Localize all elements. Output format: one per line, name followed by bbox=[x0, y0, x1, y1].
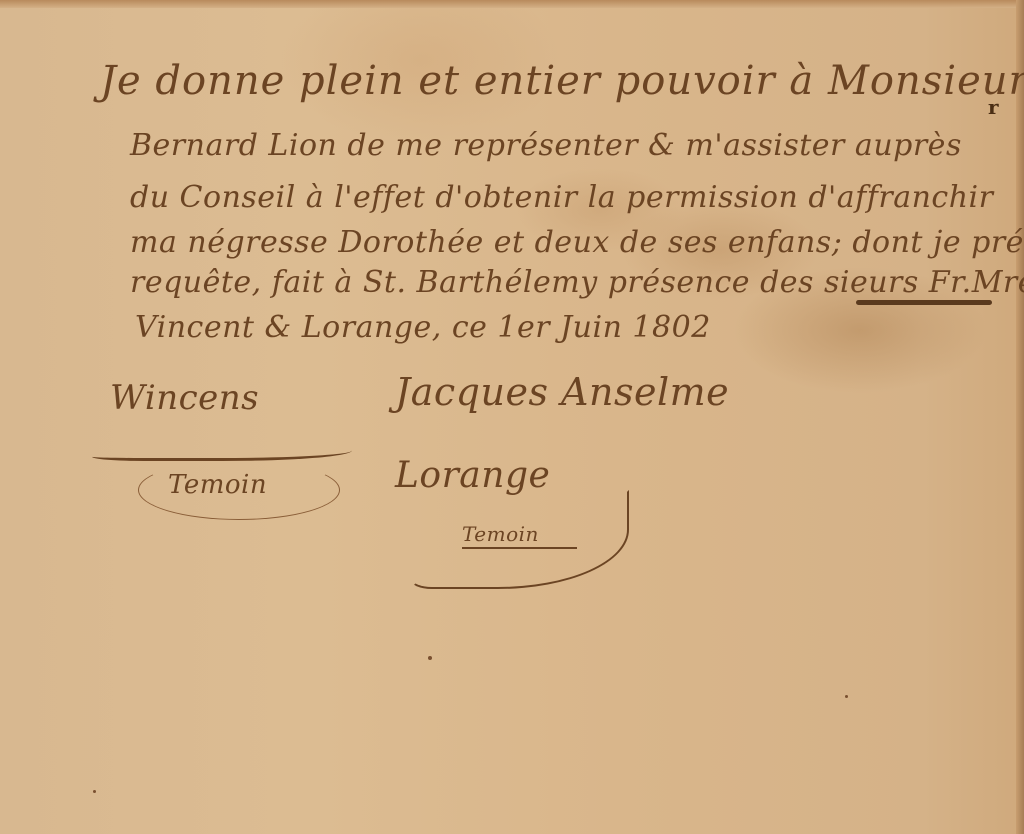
text-line-1: Je donne plein et entier pouvoir à Monsi… bbox=[100, 58, 1024, 104]
page-top-edge bbox=[0, 0, 1024, 8]
margin-mark: r bbox=[988, 95, 999, 119]
closing-dash bbox=[856, 300, 992, 305]
text-line-3: du Conseil à l'effet d'obtenir la permis… bbox=[130, 180, 993, 215]
signature-wincens: Wincens bbox=[110, 378, 259, 418]
paper-spot bbox=[93, 790, 96, 793]
text-line-6: Vincent & Lorange, ce 1er Juin 1802 bbox=[135, 310, 711, 345]
witness-underline bbox=[462, 547, 577, 549]
page-right-edge bbox=[1016, 0, 1024, 834]
paper-spot bbox=[428, 656, 432, 660]
text-line-4: ma négresse Dorothée et deux de ses enfa… bbox=[130, 225, 1024, 260]
signature-flourish bbox=[92, 440, 352, 461]
paper-spot bbox=[845, 695, 848, 698]
text-line-5: requête, fait à St. Barthélemy présence … bbox=[130, 265, 1024, 300]
text-line-2: Bernard Lion de me représenter & m'assis… bbox=[130, 128, 962, 163]
signature-jacques-anselme: Jacques Anselme bbox=[395, 370, 729, 414]
witness-label-2: Temoin bbox=[462, 522, 539, 546]
witness-label-1: Temoin bbox=[168, 470, 267, 500]
manuscript-page: Je donne plein et entier pouvoir à Monsi… bbox=[0, 0, 1024, 834]
